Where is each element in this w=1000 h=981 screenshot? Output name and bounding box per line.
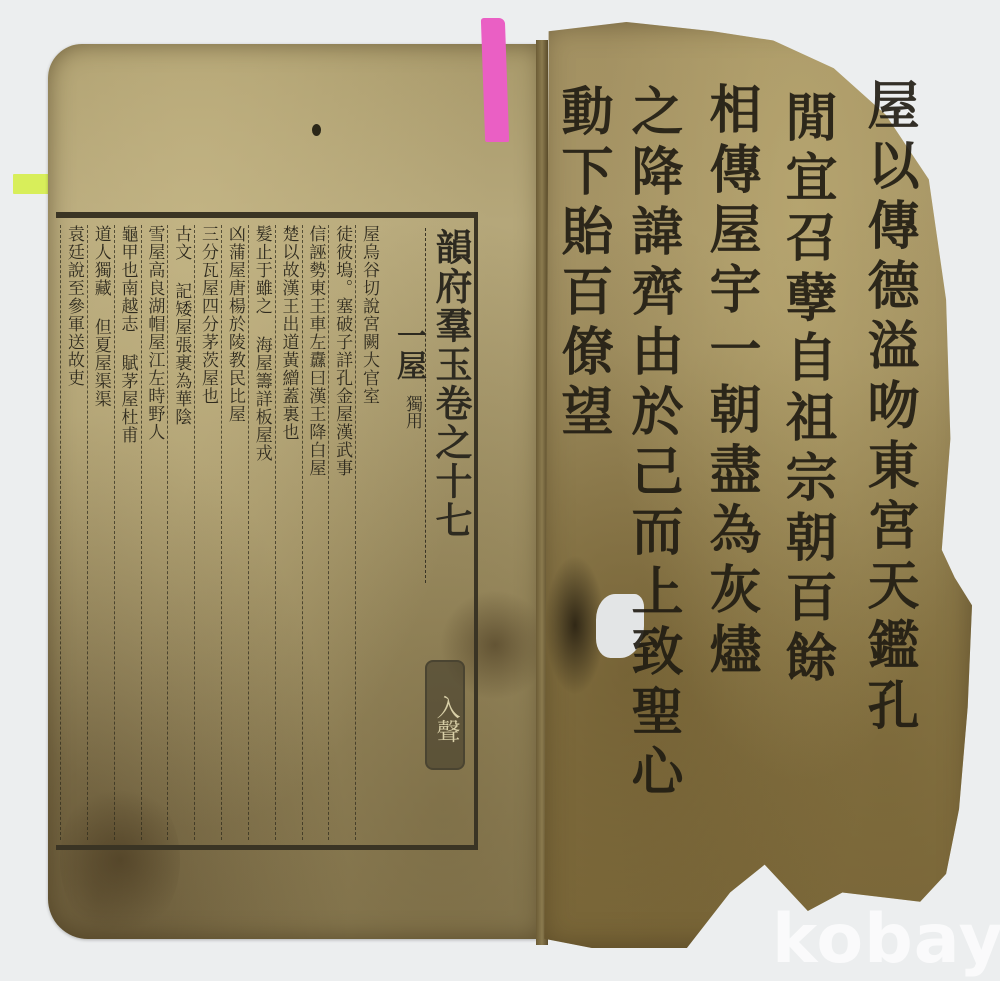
- printed-column: 雪屋高良湖帽屋江左時野人: [141, 225, 168, 840]
- printed-column: 凶蒲屋唐楊於陵教民比屋: [221, 225, 248, 840]
- handwritten-column: 閒宜召孽自祖宗朝百餘: [776, 90, 836, 850]
- printed-column: 信誣勢東王車左纛曰漢王降白屋: [302, 225, 329, 840]
- handwritten-column: 屋以傳德溢吻東宮天鑑孔: [858, 78, 918, 898]
- book-title: 韻府羣玉卷之十七: [425, 228, 474, 583]
- printed-column: 古文 記矮屋張裹為華陰: [167, 225, 194, 840]
- handwritten-column: 之降諱齊由於己而上致聖心: [622, 84, 682, 904]
- pink-sticky-tab: [481, 18, 509, 142]
- handwritten-column: 動下貽百僚望: [552, 84, 612, 524]
- printed-column: 屋烏谷切說宮闕大官室: [355, 225, 382, 840]
- handwritten-column: 相傳屋宇一朝盡為灰燼: [700, 82, 760, 802]
- kobay-watermark: kobay: [772, 900, 1000, 979]
- ink-spot: [312, 124, 321, 136]
- tone-seal-block: 入聲: [425, 660, 465, 770]
- printed-column: 徒彼塢。塞破子詳孔金屋漢武事: [328, 225, 355, 840]
- photo-stage: 韻府羣玉卷之十七 一屋 獨用 入聲 屋烏谷切說宮闕大官室 徒彼塢。塞破子詳孔金屋…: [0, 0, 1000, 981]
- printed-column: 龜甲也南越志 賦茅屋杜甫: [114, 225, 141, 840]
- rhyme-subheading: 獨用: [401, 395, 425, 429]
- printed-column: 髮止于雖之 海屋籌詳板屋戎: [248, 225, 275, 840]
- printed-text-columns: 屋烏谷切說宮闕大官室 徒彼塢。塞破子詳孔金屋漢武事 信誣勢東王車左纛曰漢王降白屋…: [60, 225, 382, 840]
- printed-column: 道人獨藏 但夏屋渠渠: [87, 225, 114, 840]
- yellow-sticky-tab: [13, 174, 49, 194]
- printed-column: 楚以故漢王出道黃繒蓋裏也: [275, 225, 302, 840]
- printed-column: 袁廷說至參軍送故吏: [60, 225, 87, 840]
- printed-column: 三分瓦屋四分茅茨屋也: [194, 225, 221, 840]
